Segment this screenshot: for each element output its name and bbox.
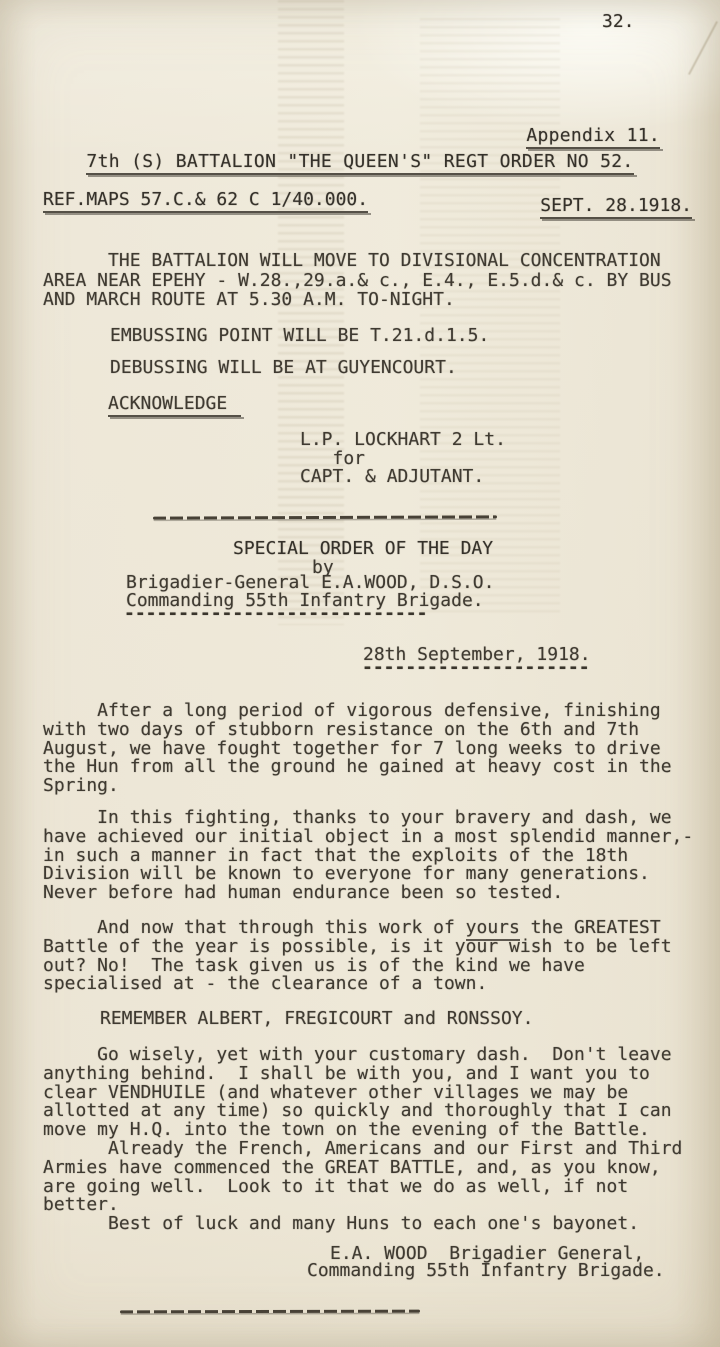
ref-maps-text: REF.MAPS 57.C.& 62 C 1/40.000. [43, 189, 368, 213]
debussing-line: DEBUSSING WILL BE AT GUYENCOURT. [110, 358, 457, 377]
document-page: 32. Appendix 11. 7th (S) BATTALION "THE … [0, 0, 720, 1347]
embussing-line: EMBUSSING POINT WILL BE T.21.d.1.5. [110, 326, 489, 345]
special-order-heading: SPECIAL ORDER OF THE DAY [233, 539, 493, 558]
paragraph-1: After a long period of vigorous defensiv… [43, 702, 672, 796]
remember-line: REMEMBER ALBERT, FREGICOURT and RONSSOY. [100, 1009, 533, 1028]
page-number: 32. [602, 12, 635, 31]
paragraph-3: And now that through this work of yours … [43, 919, 672, 994]
order-date: SEPT. 28.1918. [540, 196, 692, 215]
order-title: 7th (S) BATTALION "THE QUEEN'S" REGT ORD… [40, 152, 680, 171]
appendix-heading: Appendix 11. [526, 126, 660, 145]
paragraph-3-rest: Battle of the year is possible, is it yo… [43, 936, 672, 995]
ref-maps: REF.MAPS 57.C.& 62 C 1/40.000. [43, 190, 368, 209]
order-date-text: SEPT. 28.1918. [540, 195, 692, 219]
paragraph-4: Go wisely, yet with your customary dash.… [43, 1046, 682, 1234]
acknowledge-text: ACKNOWLEDGE [108, 393, 241, 417]
dashed-rule: ---------------------------- [124, 604, 427, 623]
appendix-label: Appendix 11. [526, 125, 660, 149]
movement-paragraph: THE BATTALION WILL MOVE TO DIVISIONAL CO… [43, 251, 672, 310]
bleed-through-band [278, 0, 344, 625]
adjutant-signature-block: L.P. LOCKHART 2 Lt. forCAPT. & ADJUTANT. [300, 431, 506, 487]
general-signature-command: Commanding 55th Infantry Brigade. [307, 1261, 665, 1280]
date-dashed-rule: --------------------- [362, 658, 590, 677]
acknowledge-line: ACKNOWLEDGE [108, 394, 241, 413]
bleed-through-band [420, 18, 560, 618]
separator-line [153, 515, 497, 519]
signature-rank: CAPT. & ADJUTANT. [300, 466, 484, 487]
bottom-separator-line [120, 1310, 420, 1314]
order-title-text: 7th (S) BATTALION "THE QUEEN'S" REGT ORD… [86, 151, 633, 175]
crease-mark [688, 21, 718, 75]
paragraph-2: In this fighting, thanks to your bravery… [43, 809, 693, 903]
